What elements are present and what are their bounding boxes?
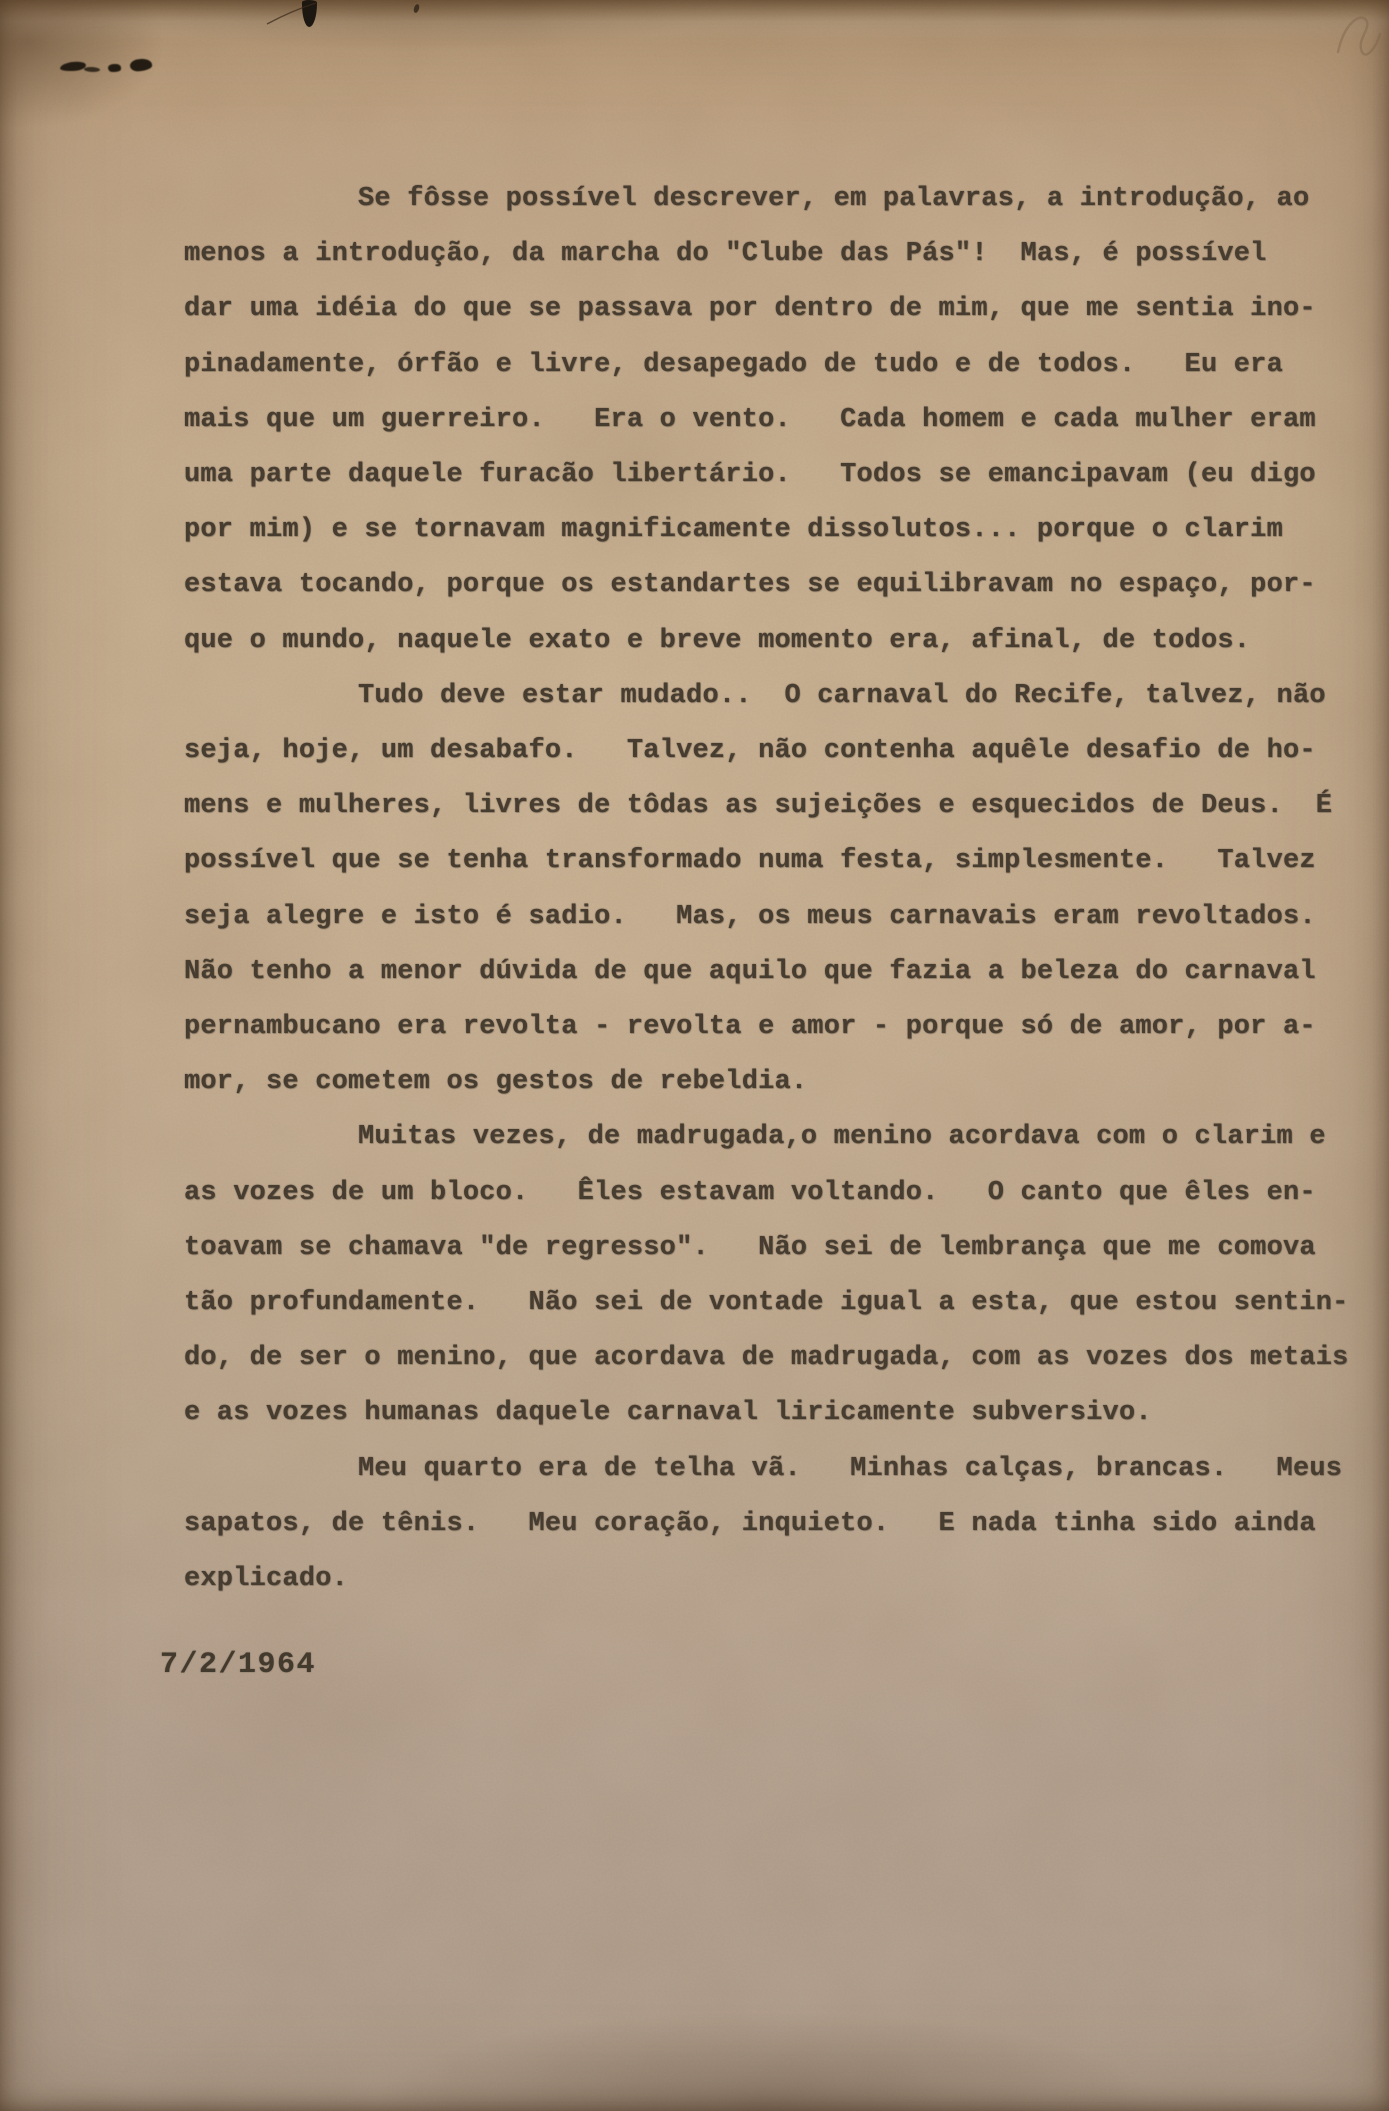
text-line: Não tenho a menor dúvida de que aquilo q… [184,945,1349,1000]
text-line: Meu quarto era de telha vã. Minhas calça… [184,1442,1349,1497]
ink-smear-dashes [60,56,160,80]
ink-blob [84,67,100,73]
text-line: dar uma idéia do que se passava por dent… [184,282,1349,337]
ink-blob [108,64,121,72]
text-line: por mim) e se tornavam magnificamente di… [184,503,1349,558]
date-stamp: 7/2/1964 [160,1648,316,1682]
text-line: seja, hoje, um desabafo. Talvez, não con… [184,724,1349,779]
ink-blob [60,61,87,72]
ink-blob [129,58,152,72]
text-line: uma parte daquele furacão libertário. To… [184,448,1349,503]
ink-speck [413,3,421,13]
text-line: Tudo deve estar mudado.. O carnaval do R… [184,669,1349,724]
text-line: Se fôsse possível descrever, em palavras… [184,172,1349,227]
text-line: pinadamente, órfão e livre, desapegado d… [184,338,1349,393]
typewritten-page: Se fôsse possível descrever, em palavras… [0,0,1389,2111]
scratch-line [266,2,318,32]
text-line: as vozes de um bloco. Êles estavam volta… [184,1166,1349,1221]
text-line: toavam se chamava "de regresso". Não sei… [184,1221,1349,1276]
text-line: pernambucano era revolta - revolta e amo… [184,1000,1349,1055]
text-line: e as vozes humanas daquele carnaval liri… [184,1386,1349,1441]
text-line: mor, se cometem os gestos de rebeldia. [184,1055,1349,1110]
text-line: menos a introdução, da marcha do "Clube … [184,227,1349,282]
text-line: Muitas vezes, de madrugada,o menino acor… [184,1110,1349,1165]
text-line: que o mundo, naquele exato e breve momen… [184,614,1349,669]
document-text: Se fôsse possível descrever, em palavras… [184,172,1349,1607]
text-line: do, de ser o menino, que acordava de mad… [184,1331,1349,1386]
text-line: mens e mulheres, livres de tôdas as suje… [184,779,1349,834]
text-line: estava tocando, porque os estandartes se… [184,558,1349,613]
text-line: possível que se tenha transformado numa … [184,834,1349,889]
text-line: seja alegre e isto é sadio. Mas, os meus… [184,890,1349,945]
pencil-scribble [1328,4,1389,70]
text-line: sapatos, de tênis. Meu coração, inquieto… [184,1497,1349,1552]
text-line: explicado. [184,1552,1349,1607]
text-line: mais que um guerreiro. Era o vento. Cada… [184,393,1349,448]
text-line: tão profundamente. Não sei de vontade ig… [184,1276,1349,1331]
ink-blot-top-edge [302,0,317,27]
